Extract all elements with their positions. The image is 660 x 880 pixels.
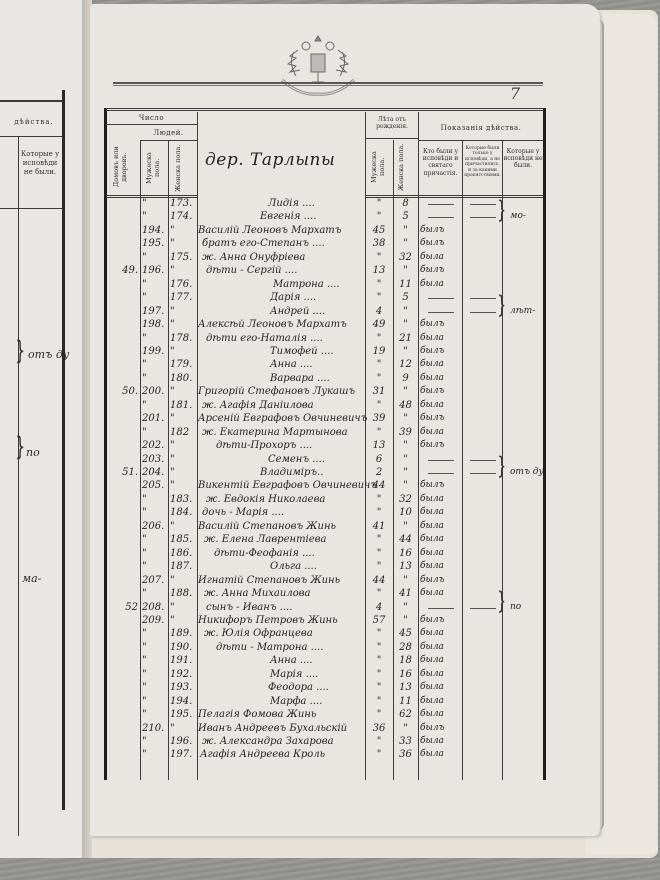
male-number: " [140,506,168,519]
female-number: 181. [168,399,198,412]
person-name: Тимофей .... [198,345,364,358]
female-number: " [168,520,198,533]
dash-mark [470,217,496,218]
page-number: 7 [510,84,520,103]
male-number: 208. [140,601,168,614]
male-age: " [366,654,392,667]
male-age: 31 [366,385,392,398]
male-age: " [366,197,392,210]
male-age: " [366,668,392,681]
confession-status: была [420,251,462,264]
female-age: " [393,412,418,425]
table-row: "188.ж. Анна Михаилова"41была [0,587,660,599]
table-row: 201."Арсеній Евграфовъ Овчиневичъ39"былъ [0,412,660,424]
confession-status: была [420,506,462,519]
male-age: 2 [366,466,392,479]
female-age: 32 [393,251,418,264]
person-name: дѣти его-Наталія .... [198,332,364,345]
confession-status: была [420,681,462,694]
confession-status: была [420,587,462,600]
confession-status: былъ [420,439,462,452]
table-row: "189.ж. Юлія Офранцева"45была [0,627,660,639]
person-name: сынъ - Иванъ .... [198,601,364,614]
table-row: 195."братъ его-Степанъ ....38"былъ [0,237,660,249]
dash-mark [470,312,496,313]
header-households: Домовъ или дворовъ. [113,140,137,194]
person-name: дѣти - Матрона .... [198,641,364,654]
male-age: " [366,399,392,412]
male-number: " [140,587,168,600]
female-age: " [393,439,418,452]
male-number: " [140,332,168,345]
male-number: 198. [140,318,168,331]
female-number: " [168,412,198,425]
male-number: 210. [140,722,168,735]
male-age: 49 [366,318,392,331]
female-number: 179. [168,358,198,371]
table-row: "195.Пелагія Фомова Жинь"62была [0,708,660,720]
female-age: " [393,224,418,237]
person-name: ж. Юлія Офранцева [198,627,364,640]
household-number [110,627,138,640]
confession-status: была [420,641,462,654]
male-number: " [140,654,168,667]
header-count: Число [106,114,197,122]
left-page-top-rule [0,100,62,102]
table-row: "192.Марія ...."16была [0,668,660,680]
female-number: " [168,574,198,587]
header-age-male: Мужеска пола. [371,142,387,192]
male-age: " [366,372,392,385]
female-age: 39 [393,426,418,439]
male-number: 200. [140,385,168,398]
confession-status: была [420,520,462,533]
male-age: " [366,533,392,546]
household-number [110,197,138,210]
person-name: Анна .... [198,358,364,371]
male-age: 4 [366,601,392,614]
household-number [110,426,138,439]
confession-status: былъ [420,479,462,492]
person-name: Игнатій Степановъ Жинь [198,574,364,587]
left-page-header-rule [0,136,62,137]
male-number: " [140,399,168,412]
person-name: дѣти-Феофанія .... [198,547,364,560]
female-number: 185. [168,533,198,546]
male-age: " [366,627,392,640]
female-number: " [168,224,198,237]
female-number: 186. [168,547,198,560]
female-number: 182 [168,426,198,439]
female-age: 11 [393,695,418,708]
female-age: 9 [393,372,418,385]
table-row: 210."Иванъ Андреевъ Бухальскій36"былъ [0,722,660,734]
female-age: 18 [393,654,418,667]
male-number: 206. [140,520,168,533]
person-name: Матрона .... [198,278,364,291]
household-number [110,506,138,519]
household-number [110,453,138,466]
female-age: 41 [393,587,418,600]
female-number: 176. [168,278,198,291]
person-name: Алексѣй Леоновъ Мархатъ [198,318,364,331]
table-row: 199."Тимофей ....19"былъ [0,345,660,357]
confession-status: былъ [420,385,462,398]
person-name: Анна .... [198,654,364,667]
male-number: 201. [140,412,168,425]
male-age: 4 [366,305,392,318]
male-age: " [366,560,392,573]
male-age: " [366,291,392,304]
table-row: 205."Викентій Евграфовъ Овчиневичъ44"был… [0,479,660,491]
person-name: Ольга .... [198,560,364,573]
male-number: " [140,197,168,210]
male-number: " [140,210,168,223]
confession-status: была [420,695,462,708]
male-number: " [140,681,168,694]
male-number: " [140,627,168,640]
table-row: "180.Варвара ...."9была [0,372,660,384]
male-age: " [366,547,392,560]
male-age: " [366,506,392,519]
female-number: 183. [168,493,198,506]
table-row: "186.дѣти-Феофанія ...."16была [0,547,660,559]
male-age: 19 [366,345,392,358]
dash-mark [428,204,454,205]
dash-mark [470,460,496,461]
dash-mark [428,312,454,313]
person-name: Феодора .... [198,681,364,694]
confession-status: была [420,735,462,748]
remark-note: мо- [510,210,550,223]
male-age: " [366,251,392,264]
female-number: " [168,722,198,735]
table-row: 198."Алексѣй Леоновъ Мархатъ49"былъ [0,318,660,330]
household-number [110,708,138,721]
female-age: " [393,305,418,318]
male-age: " [366,493,392,506]
table-row: 51.204."Владиміръ..2"}отъ ду [0,466,660,478]
male-number: " [140,251,168,264]
male-age: " [366,358,392,371]
confession-status: былъ [420,264,462,277]
household-number [110,735,138,748]
male-age: " [366,641,392,654]
female-age: 5 [393,210,418,223]
female-age: " [393,722,418,735]
household-number [110,748,138,761]
person-name: ж. Екатерина Мартынова [198,426,364,439]
male-age: " [366,681,392,694]
person-name: Никифоръ Петровъ Жинь [198,614,364,627]
male-age: " [366,210,392,223]
confession-status: была [420,533,462,546]
header-not-confessed: Которые у исповѣди не были. [503,148,543,170]
table-row: "179.Анна ...."12была [0,358,660,370]
male-number: 205. [140,479,168,492]
female-number: " [168,453,198,466]
female-age: 28 [393,641,418,654]
left-page-header: дѣйства. [4,118,64,127]
female-age: 13 [393,560,418,573]
confession-status: былъ [420,412,462,425]
household-number [110,587,138,600]
table-row: 50.200."Григорій Стефановъ Лукашъ31"былъ [0,385,660,397]
male-number: 209. [140,614,168,627]
female-age: 32 [393,493,418,506]
male-number: " [140,358,168,371]
person-name: Варвара .... [198,372,364,385]
female-number: " [168,318,198,331]
table-row: "185.ж. Елена Лаврентіева"44была [0,533,660,545]
male-age: " [366,332,392,345]
female-age: " [393,466,418,479]
household-number [110,560,138,573]
table-row: "190.дѣти - Матрона ...."28была [0,641,660,653]
dash-mark [428,298,454,299]
female-number: " [168,305,198,318]
female-age: " [393,520,418,533]
male-number: 194. [140,224,168,237]
male-age: 13 [366,264,392,277]
confession-status: былъ [420,614,462,627]
female-age: " [393,264,418,277]
female-age: 48 [393,399,418,412]
female-age: " [393,574,418,587]
dash-mark [428,217,454,218]
male-number: 196. [140,264,168,277]
confession-status: была [420,708,462,721]
male-age: " [366,695,392,708]
table-row: "176.Матрона ...."11была [0,278,660,290]
female-number: 178. [168,332,198,345]
household-number [110,358,138,371]
confession-status: была [420,426,462,439]
table-row: "196.ж. Александра Захарова"33была [0,735,660,747]
person-name: Иванъ Андреевъ Бухальскій [198,722,364,735]
female-age: " [393,237,418,250]
male-age: " [366,748,392,761]
household-number [110,305,138,318]
female-age: 16 [393,547,418,560]
female-age: " [393,318,418,331]
confession-status: былъ [420,345,462,358]
confession-status: была [420,748,462,761]
household-number [110,278,138,291]
male-number: " [140,735,168,748]
female-number: 193. [168,681,198,694]
table-row: 209."Никифоръ Петровъ Жинь57"былъ [0,614,660,626]
household-number [110,654,138,667]
confession-status: была [420,627,462,640]
remark-note: по [510,601,550,614]
table-row: "184.дочь - Марія ...."10была [0,506,660,518]
table-row: "187.Ольга ...."13была [0,560,660,572]
female-age: " [393,345,418,358]
male-number: 202. [140,439,168,452]
person-name: братъ его-Степанъ .... [198,237,364,250]
household-number: 52 [110,601,138,614]
male-number: " [140,560,168,573]
household-number: 49. [110,264,138,277]
male-number: " [140,493,168,506]
male-number: " [140,748,168,761]
female-number: 190. [168,641,198,654]
brace-icon: } [497,454,505,478]
female-age: " [393,479,418,492]
person-name: Семенъ .... [198,453,364,466]
confession-status: была [420,358,462,371]
table-row: 206."Василій Степановъ Жинь41"была [0,520,660,532]
table-row: "193.Феодора ...."13была [0,681,660,693]
female-number: 187. [168,560,198,573]
person-name: Дарія .... [198,291,364,304]
household-number [110,681,138,694]
dash-mark [470,608,496,609]
female-number: 192. [168,668,198,681]
female-number: " [168,601,198,614]
female-age: 44 [393,533,418,546]
female-number: " [168,466,198,479]
female-number: 177. [168,291,198,304]
double-headed-eagle-emblem [278,32,358,102]
male-age: 45 [366,224,392,237]
person-name: дочь - Марія .... [198,506,364,519]
header-female: Женска пола. [175,143,191,193]
female-number: 184. [168,506,198,519]
male-number: " [140,533,168,546]
person-name: ж. Анна Михаилова [198,587,364,600]
female-age: " [393,601,418,614]
male-age: 39 [366,412,392,425]
dash-mark [470,473,496,474]
household-number [110,493,138,506]
household-number [110,520,138,533]
person-name: Викентій Евграфовъ Овчиневичъ [198,479,364,492]
left-page-col-header: Которые у исповѣди не были. [20,150,60,176]
household-number: 50. [110,385,138,398]
confession-status: былъ [420,224,462,237]
confession-status: былъ [420,318,462,331]
male-number: 203. [140,453,168,466]
person-name: ж. Агафія Даніилова [198,399,364,412]
female-number: 191. [168,654,198,667]
confession-status: былъ [420,237,462,250]
table-row: "197.Агафія Андреева Кроль"36была [0,748,660,760]
female-number: 194. [168,695,198,708]
male-number: " [140,372,168,385]
female-number: " [168,237,198,250]
person-name: дѣти-Прохоръ .... [198,439,364,452]
household-number [110,224,138,237]
household-number [110,614,138,627]
female-number: 196. [168,735,198,748]
confession-status: была [420,278,462,291]
male-number: 204. [140,466,168,479]
table-row: "175.ж. Анна Онуфріева"32была [0,251,660,263]
person-name: ж. Александра Захарова [198,735,364,748]
male-number: 197. [140,305,168,318]
household-number [110,237,138,250]
header-persons: Людей. [140,129,197,137]
female-age: 11 [393,278,418,291]
male-number: " [140,708,168,721]
person-name: ж. Евдокія Николаева [198,493,364,506]
dash-mark [428,608,454,609]
male-age: 44 [366,574,392,587]
confession-status: былъ [420,574,462,587]
household-number [110,668,138,681]
household-number [110,695,138,708]
person-name: Евгенія .... [198,210,364,223]
household-number [110,479,138,492]
table-row: "177.Дарія ...."5 [0,291,660,303]
female-age: 21 [393,332,418,345]
household-number [110,547,138,560]
dash-mark [428,473,454,474]
female-age: " [393,385,418,398]
household-number [110,439,138,452]
male-number: " [140,278,168,291]
female-age: 33 [393,735,418,748]
person-name: Григорій Стефановъ Лукашъ [198,385,364,398]
male-number: " [140,695,168,708]
dash-mark [428,460,454,461]
dash-mark [470,298,496,299]
person-name: Василій Степановъ Жинь [198,520,364,533]
male-number: 195. [140,237,168,250]
household-number: 51. [110,466,138,479]
household-number [110,641,138,654]
female-number: " [168,264,198,277]
person-name: дѣти - Сергій .... [198,264,364,277]
confession-status: была [420,560,462,573]
table-row: 202."дѣти-Прохоръ ....13"былъ [0,439,660,451]
person-name: Арсеній Евграфовъ Овчиневичъ [198,412,364,425]
table-row: 49.196."дѣти - Сергій ....13"былъ [0,264,660,276]
confession-status: была [420,399,462,412]
male-age: 6 [366,453,392,466]
confession-status: была [420,654,462,667]
female-age: 62 [393,708,418,721]
person-name: Владиміръ.. [198,466,364,479]
household-number [110,574,138,587]
household-number [110,318,138,331]
male-age: " [366,426,392,439]
remark-note: отъ ду [510,466,550,479]
female-age: " [393,614,418,627]
person-name: ж. Елена Лаврентіева [198,533,364,546]
table-row: "173.Лидія ...."8 [0,197,660,209]
household-number [110,251,138,264]
female-number: " [168,345,198,358]
female-age: 36 [393,748,418,761]
male-number: 207. [140,574,168,587]
header-age-female: Женска пола. [398,142,414,192]
header-confessed-only: Которые были только у исповѣди, а не при… [463,146,502,178]
household-number [110,412,138,425]
male-age: 36 [366,722,392,735]
header-confession: Показанія дѣйства. [420,124,542,132]
female-number: 174. [168,210,198,223]
table-row: 203."Семенъ ....6" [0,453,660,465]
female-age: 8 [393,197,418,210]
confession-status: была [420,668,462,681]
female-age: 13 [393,681,418,694]
household-number [110,372,138,385]
male-age: 13 [366,439,392,452]
confession-status: была [420,493,462,506]
